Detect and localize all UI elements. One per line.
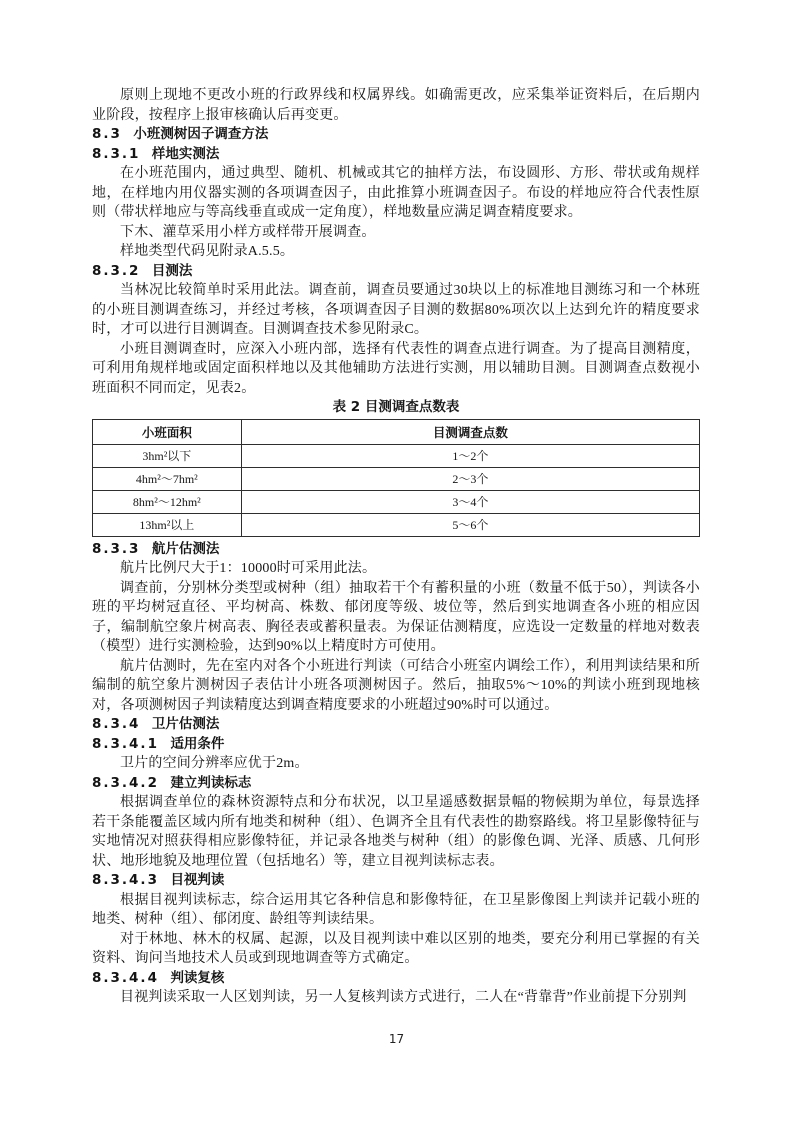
section-title: 小班测树因子调查方法 [133, 126, 268, 142]
cell-points: 1～2个 [241, 444, 699, 467]
section-number: 8.3.4 [92, 716, 140, 732]
document-page: 原则上现地不更改小班的行政界线和权属界线。如确需更改，应采集举证资料后，在后期内… [0, 0, 793, 1121]
section-heading-8-3-4-4: 8.3.4.4判读复核 [92, 969, 700, 989]
paragraph: 根据调查单位的森林资源特点和分布状况，以卫星遥感数据景幅的物候期为单位，每景选择… [92, 793, 700, 871]
section-number: 8.3.4.1 [92, 736, 159, 752]
cell-points: 3～4个 [241, 490, 699, 513]
section-heading-8-3-1: 8.3.1样地实测法 [92, 145, 700, 165]
section-heading-8-3-2: 8.3.2目测法 [92, 262, 700, 282]
cell-points: 2～3个 [241, 467, 699, 490]
paragraph: 航片估测时，先在室内对各个小班进行判读（可结合小班室内调绘工作），利用判读结果和… [92, 657, 700, 716]
section-title: 适用条件 [170, 736, 224, 752]
section-number: 8.3.2 [92, 263, 140, 279]
section-number: 8.3 [92, 126, 122, 142]
section-title: 判读复核 [170, 970, 224, 986]
table-row: 4hm²～7hm² 2～3个 [93, 467, 700, 490]
paragraph-intro: 原则上现地不更改小班的行政界线和权属界线。如确需更改，应采集举证资料后，在后期内… [92, 86, 700, 125]
section-title: 卫片估测法 [152, 716, 220, 732]
section-number: 8.3.4.2 [92, 775, 159, 791]
page-number: 17 [0, 1032, 793, 1046]
table-header-row: 小班面积 目测调查点数 [93, 419, 700, 444]
section-title: 航片估测法 [152, 541, 220, 557]
cell-area: 3hm²以下 [93, 444, 242, 467]
cell-area: 8hm²～12hm² [93, 490, 242, 513]
cell-area: 13hm²以上 [93, 513, 242, 536]
section-heading-8-3-4-1: 8.3.4.1适用条件 [92, 735, 700, 755]
paragraph: 在小班范围内，通过典型、随机、机械或其它的抽样方法，布设圆形、方形、带状或角规样… [92, 164, 700, 223]
survey-points-table: 小班面积 目测调查点数 3hm²以下 1～2个 4hm²～7hm² 2～3个 8… [92, 419, 700, 537]
section-title: 样地实测法 [152, 146, 220, 162]
cell-points: 5～6个 [241, 513, 699, 536]
col-header-subcompartment-area: 小班面积 [93, 419, 242, 444]
paragraph: 调查前，分别林分类型或树种（组）抽取若干个有蓄积量的小班（数量不低于50），判读… [92, 579, 700, 657]
paragraph: 卫片的空间分辨率应优于2m。 [92, 754, 700, 774]
paragraph: 对于林地、林木的权属、起源，以及目视判读中难以区别的地类，要充分利用已掌握的有关… [92, 930, 700, 969]
section-heading-8-3: 8.3小班测树因子调查方法 [92, 125, 700, 145]
section-heading-8-3-4-2: 8.3.4.2建立判读标志 [92, 774, 700, 794]
page-content: 原则上现地不更改小班的行政界线和权属界线。如确需更改，应采集举证资料后，在后期内… [92, 86, 700, 1008]
table-row: 13hm²以上 5～6个 [93, 513, 700, 536]
paragraph: 当林况比较简单时采用此法。调查前，调查员要通过30块以上的标准地目测练习和一个林… [92, 281, 700, 340]
paragraph: 航片比例尺大于1：10000时可采用此法。 [92, 559, 700, 579]
section-number: 8.3.1 [92, 146, 140, 162]
table-caption: 表 2 目测调查点数表 [92, 398, 700, 418]
section-number: 8.3.4.4 [92, 970, 159, 986]
section-number: 8.3.3 [92, 541, 140, 557]
section-title: 目视判读 [170, 872, 224, 888]
paragraph: 目视判读采取一人区划判读，另一人复核判读方式进行，二人在“背靠背”作业前提下分别… [92, 988, 700, 1008]
section-heading-8-3-3: 8.3.3航片估测法 [92, 540, 700, 560]
table-row: 8hm²～12hm² 3～4个 [93, 490, 700, 513]
paragraph: 样地类型代码见附录A.5.5。 [92, 242, 700, 262]
col-header-survey-point-count: 目测调查点数 [241, 419, 699, 444]
section-heading-8-3-4-3: 8.3.4.3目视判读 [92, 871, 700, 891]
paragraph: 小班目测调查时，应深入小班内部，选择有代表性的调查点进行调查。为了提高目测精度，… [92, 340, 700, 399]
table-row: 3hm²以下 1～2个 [93, 444, 700, 467]
section-title: 目测法 [152, 263, 193, 279]
section-number: 8.3.4.3 [92, 872, 159, 888]
section-heading-8-3-4: 8.3.4卫片估测法 [92, 715, 700, 735]
section-title: 建立判读标志 [170, 775, 251, 791]
paragraph: 根据目视判读标志，综合运用其它各种信息和影像特征，在卫星影像图上判读并记载小班的… [92, 891, 700, 930]
paragraph: 下木、灌草采用小样方或样带开展调查。 [92, 223, 700, 243]
cell-area: 4hm²～7hm² [93, 467, 242, 490]
